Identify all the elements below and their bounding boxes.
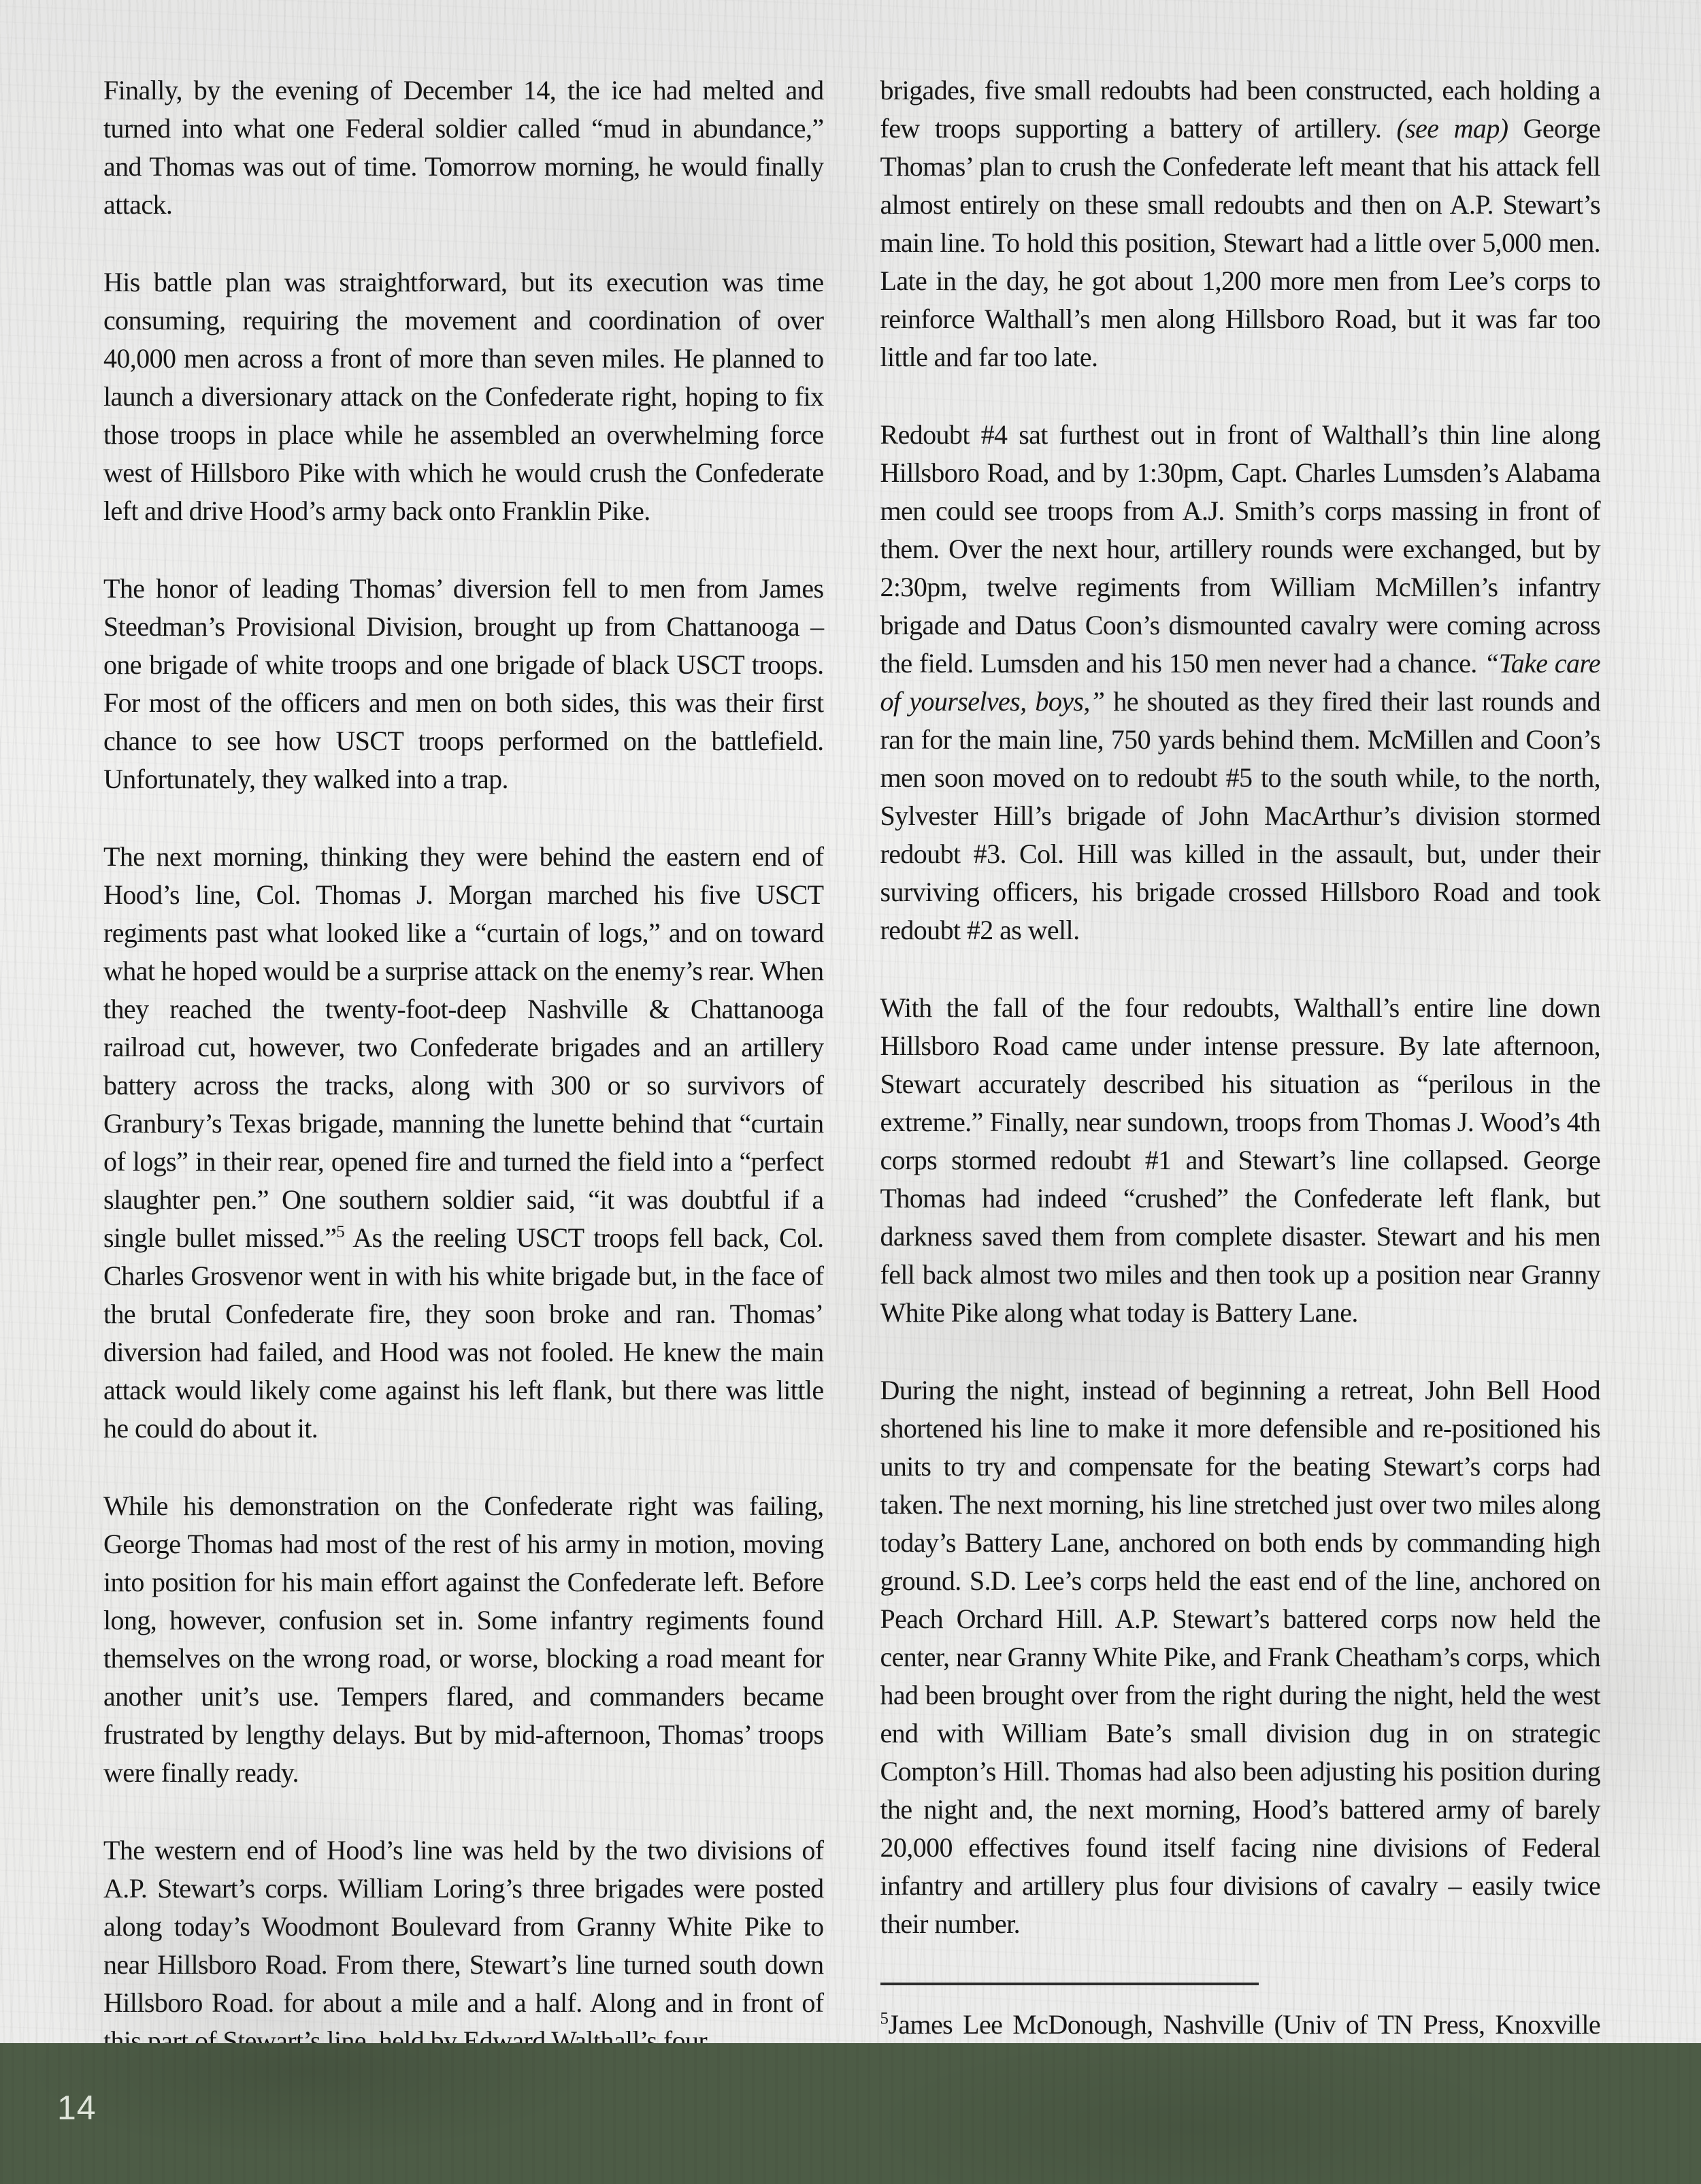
paragraph: Finally, by the evening of December 14, … bbox=[103, 71, 824, 224]
paragraph: While his demonstration on the Confedera… bbox=[103, 1487, 824, 1792]
paragraph: Redoubt #4 sat furthest out in front of … bbox=[880, 416, 1601, 949]
footnote-divider bbox=[880, 1983, 1259, 1985]
right-column: brigades, five small redoubts had been c… bbox=[880, 71, 1601, 2121]
paragraph: brigades, five small redoubts had been c… bbox=[880, 71, 1601, 376]
document-page: Finally, by the evening of December 14, … bbox=[0, 0, 1701, 2184]
page-number: 14 bbox=[57, 2088, 97, 2128]
left-column: Finally, by the evening of December 14, … bbox=[103, 71, 824, 2121]
paragraph: With the fall of the four redoubts, Walt… bbox=[880, 989, 1601, 1332]
paragraph: The next morning, thinking they were beh… bbox=[103, 838, 824, 1448]
article-body: Finally, by the evening of December 14, … bbox=[103, 71, 1600, 2121]
paragraph: His battle plan was straightforward, but… bbox=[103, 263, 824, 530]
footer-bar: 14 bbox=[0, 2043, 1701, 2184]
paragraph: The western end of Hood’s line was held … bbox=[103, 1831, 824, 2060]
footnote-marker: 5 bbox=[880, 2010, 889, 2028]
right-column-paragraphs: brigades, five small redoubts had been c… bbox=[880, 71, 1601, 1943]
paragraph: During the night, instead of beginning a… bbox=[880, 1371, 1601, 1943]
paragraph: The honor of leading Thomas’ diversion f… bbox=[103, 570, 824, 798]
